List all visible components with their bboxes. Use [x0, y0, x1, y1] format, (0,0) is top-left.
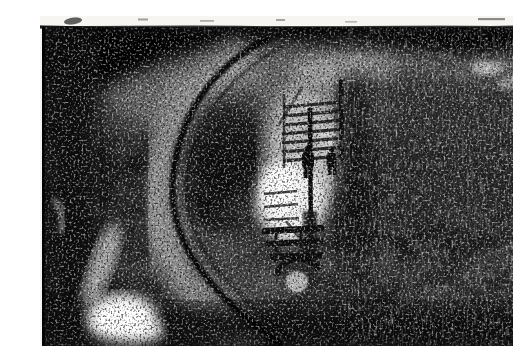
grain-vertical-streaks: [340, 27, 513, 346]
margin-speck: [276, 19, 285, 21]
margin-speck: [200, 20, 214, 22]
scanned-photograph: [40, 16, 513, 346]
margin-speck: [478, 18, 505, 20]
scan-margin: [40, 16, 513, 28]
margin-speck: [345, 21, 357, 23]
photo-canvas: [40, 16, 513, 346]
photo-body: [42, 27, 513, 346]
margin-speck: [138, 19, 148, 21]
